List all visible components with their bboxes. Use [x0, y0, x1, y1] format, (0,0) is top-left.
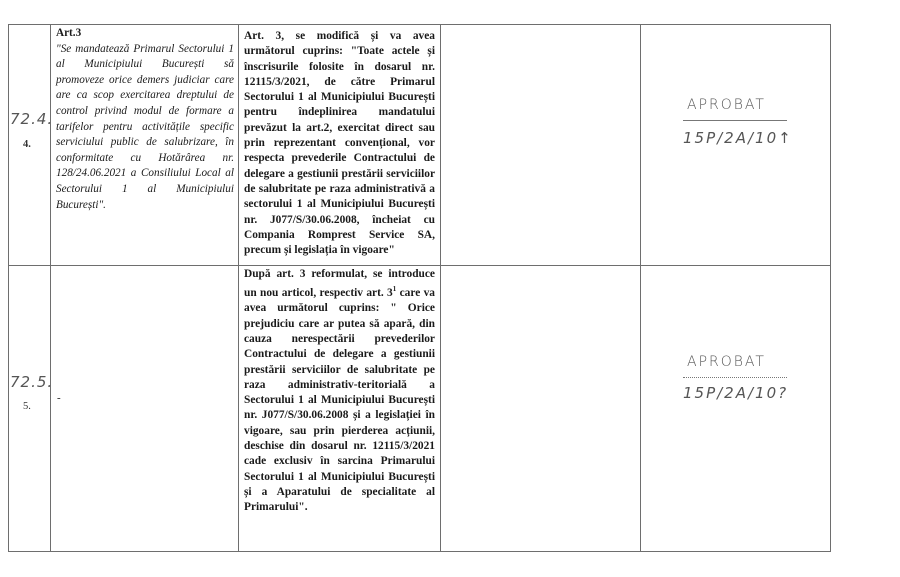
stamp-underline [683, 120, 787, 121]
row-number-cell: 72.4. 4. [9, 25, 51, 266]
stamp-ref: 15P/2A/10↑ [683, 129, 793, 147]
amendment-text-part: care va avea următorul cuprins: " Orice … [244, 287, 435, 513]
handwritten-ref: 72.5. [10, 373, 53, 391]
handwritten-ref: 72.4. [10, 110, 53, 128]
stamp-underline [683, 377, 787, 378]
article-heading: Art.3 [56, 26, 234, 42]
stamp-status: APROBAT [687, 97, 766, 113]
original-text: - [51, 266, 238, 404]
table-row: 72.5. 5. - După art. 3 reformulat, se in… [9, 266, 831, 552]
row-number: 4. [23, 139, 31, 150]
amendment-cell: După art. 3 reformulat, se introduce un … [239, 266, 441, 552]
stamp-status: APROBAT [687, 354, 766, 370]
row-number: 5. [23, 401, 31, 412]
table-row: 72.4. 4. Art.3 "Se mandatează Primarul S… [9, 25, 831, 266]
amendment-cell: Art. 3, se modifică și va avea următorul… [239, 25, 441, 266]
original-text-cell: - [51, 266, 239, 552]
empty-cell [441, 266, 641, 552]
original-text: "Se mandatează Primarul Sectorului 1 al … [56, 42, 234, 214]
original-text-cell: Art.3 "Se mandatează Primarul Sectorului… [51, 25, 239, 266]
approval-stamp-cell: APROBAT 15P/2A/10↑ [641, 25, 831, 266]
amendments-table: 72.4. 4. Art.3 "Se mandatează Primarul S… [8, 24, 831, 552]
stamp-ref: 15P/2A/10? [683, 384, 788, 402]
amendment-text: Art. 3, se modifică și va avea următorul… [239, 25, 440, 258]
amendment-text: După art. 3 reformulat, se introduce un … [239, 266, 440, 516]
approval-stamp-cell: APROBAT 15P/2A/10? [641, 266, 831, 552]
row-number-cell: 72.5. 5. [9, 266, 51, 552]
empty-cell [441, 25, 641, 266]
